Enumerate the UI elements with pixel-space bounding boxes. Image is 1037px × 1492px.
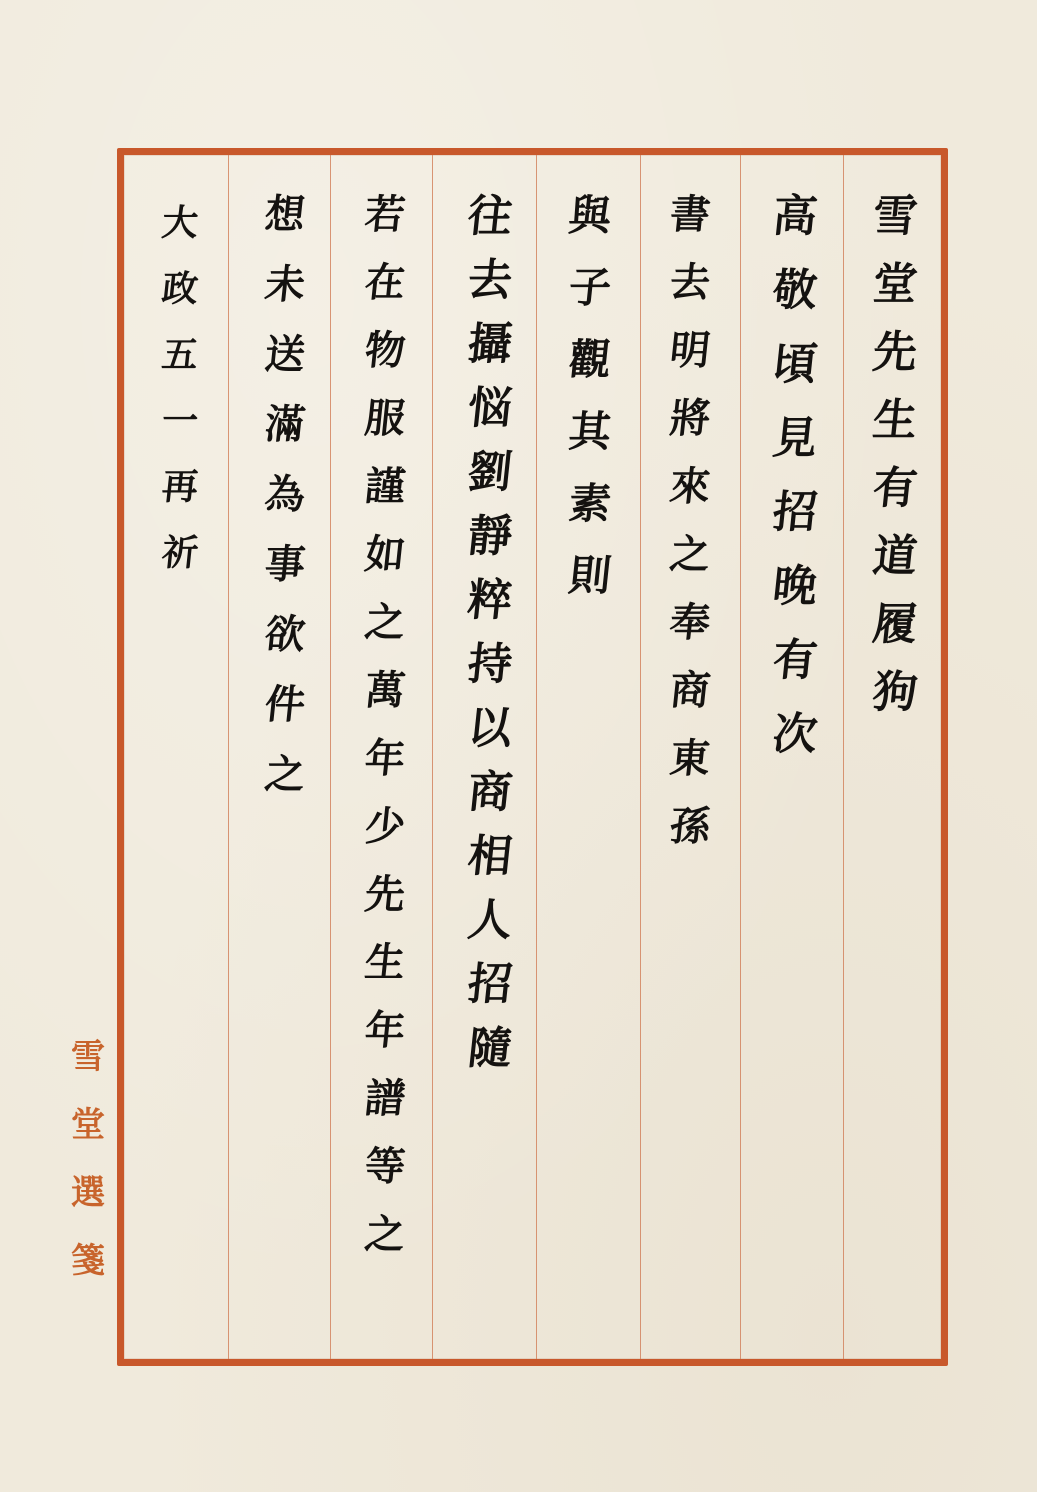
calligraphy-char: 事: [263, 545, 307, 585]
calligraphy-char: 隨: [466, 1027, 515, 1071]
calligraphy-char: 攝: [466, 323, 515, 367]
calligraphy-char: 年: [363, 739, 407, 779]
calligraphy-char: 次: [771, 713, 820, 757]
calligraphy-char: 想: [263, 195, 307, 235]
calligraphy-char: 譜: [363, 1079, 407, 1119]
calligraphy-char: 道: [871, 535, 920, 579]
calligraphy-char: 再: [160, 469, 200, 505]
text-column-8: 大政五一再祈: [162, 205, 198, 601]
calligraphy-char: 等: [363, 1147, 407, 1187]
column-rule: [536, 155, 537, 1359]
calligraphy-char: 頃: [771, 343, 820, 387]
calligraphy-char: 年: [363, 1011, 407, 1051]
calligraphy-char: 去: [668, 263, 712, 303]
seal-char: 雪: [71, 1040, 105, 1074]
calligraphy-char: 欲: [263, 615, 307, 655]
calligraphy-char: 之: [363, 603, 407, 643]
calligraphy-char: 見: [771, 417, 820, 461]
calligraphy-char: 商: [668, 671, 712, 711]
calligraphy-char: 與: [567, 195, 613, 237]
calligraphy-char: 劉: [466, 451, 515, 495]
calligraphy-char: 謹: [363, 467, 407, 507]
calligraphy-char: 生: [871, 399, 920, 443]
calligraphy-char: 在: [363, 263, 407, 303]
calligraphy-char: 有: [771, 639, 820, 683]
calligraphy-char: 其: [567, 411, 613, 453]
calligraphy-char: 則: [567, 555, 613, 597]
calligraphy-char: 商: [466, 771, 515, 815]
column-rule: [740, 155, 741, 1359]
calligraphy-char: 政: [160, 271, 200, 307]
calligraphy-char: 晚: [771, 565, 820, 609]
calligraphy-char: 五: [160, 337, 200, 373]
text-column-6: 若在物服謹如之萬年少先生年譜等之: [365, 195, 405, 1283]
calligraphy-char: 相: [466, 835, 515, 879]
calligraphy-char: 觀: [567, 339, 613, 381]
calligraphy-char: 粹: [466, 579, 515, 623]
calligraphy-char: 之: [263, 755, 307, 795]
calligraphy-char: 堂: [871, 263, 920, 307]
calligraphy-char: 大: [160, 205, 200, 241]
text-column-4: 與子觀其素則: [569, 195, 611, 627]
column-rule: [843, 155, 844, 1359]
calligraphy-char: 生: [363, 943, 407, 983]
calligraphy-char: 先: [871, 331, 920, 375]
text-column-3: 書去明將來之奉商東孫: [670, 195, 710, 875]
red-ruled-frame: [117, 148, 948, 1366]
text-column-1: 雪堂先生有道履狗: [873, 195, 917, 739]
calligraphy-char: 來: [668, 467, 712, 507]
text-column-5: 往去攝悩劉靜粹持以商相人招隨: [468, 195, 512, 1091]
calligraphy-char: 之: [363, 1215, 407, 1255]
calligraphy-char: 子: [567, 267, 613, 309]
calligraphy-char: 如: [363, 535, 407, 575]
calligraphy-char: 物: [363, 331, 407, 371]
calligraphy-char: 明: [668, 331, 712, 371]
calligraphy-char: 靜: [466, 515, 515, 559]
calligraphy-char: 服: [363, 399, 407, 439]
calligraphy-char: 招: [466, 963, 515, 1007]
calligraphy-char: 滿: [263, 405, 307, 445]
text-column-2: 高敬頃見招晚有次: [773, 195, 817, 787]
calligraphy-char: 少: [363, 807, 407, 847]
calligraphy-char: 敬: [771, 269, 820, 313]
text-column-7: 想未送滿為事欲件之: [265, 195, 305, 825]
calligraphy-char: 祈: [160, 535, 200, 571]
calligraphy-char: 奉: [668, 603, 712, 643]
column-rule: [432, 155, 433, 1359]
calligraphy-char: 招: [771, 491, 820, 535]
calligraphy-char: 書: [668, 195, 712, 235]
calligraphy-char: 高: [771, 195, 820, 239]
stationery-seal-text: 雪 堂 選 箋: [68, 1040, 108, 1312]
calligraphy-char: 為: [263, 475, 307, 515]
calligraphy-char: 去: [466, 259, 515, 303]
calligraphy-char: 有: [871, 467, 920, 511]
calligraphy-char: 將: [668, 399, 712, 439]
calligraphy-char: 孫: [668, 807, 712, 847]
calligraphy-char: 東: [668, 739, 712, 779]
calligraphy-char: 素: [567, 483, 613, 525]
calligraphy-char: 狗: [871, 671, 920, 715]
calligraphy-char: 未: [263, 265, 307, 305]
calligraphy-char: 件: [263, 685, 307, 725]
calligraphy-char: 悩: [466, 387, 515, 431]
calligraphy-char: 履: [871, 603, 920, 647]
calligraphy-char: 往: [466, 195, 515, 239]
calligraphy-char: 若: [363, 195, 407, 235]
seal-char: 選: [71, 1176, 105, 1210]
calligraphy-char: 送: [263, 335, 307, 375]
column-rule: [640, 155, 641, 1359]
column-rule: [228, 155, 229, 1359]
calligraphy-char: 人: [466, 899, 515, 943]
calligraphy-char: 雪: [871, 195, 920, 239]
seal-char: 箋: [71, 1244, 105, 1278]
calligraphy-char: 持: [466, 643, 515, 687]
column-rule: [330, 155, 331, 1359]
seal-char: 堂: [71, 1108, 105, 1142]
calligraphy-char: 萬: [363, 671, 407, 711]
calligraphy-char: 先: [363, 875, 407, 915]
calligraphy-char: 之: [668, 535, 712, 575]
calligraphy-char: 一: [160, 403, 200, 439]
calligraphy-char: 以: [466, 707, 515, 751]
